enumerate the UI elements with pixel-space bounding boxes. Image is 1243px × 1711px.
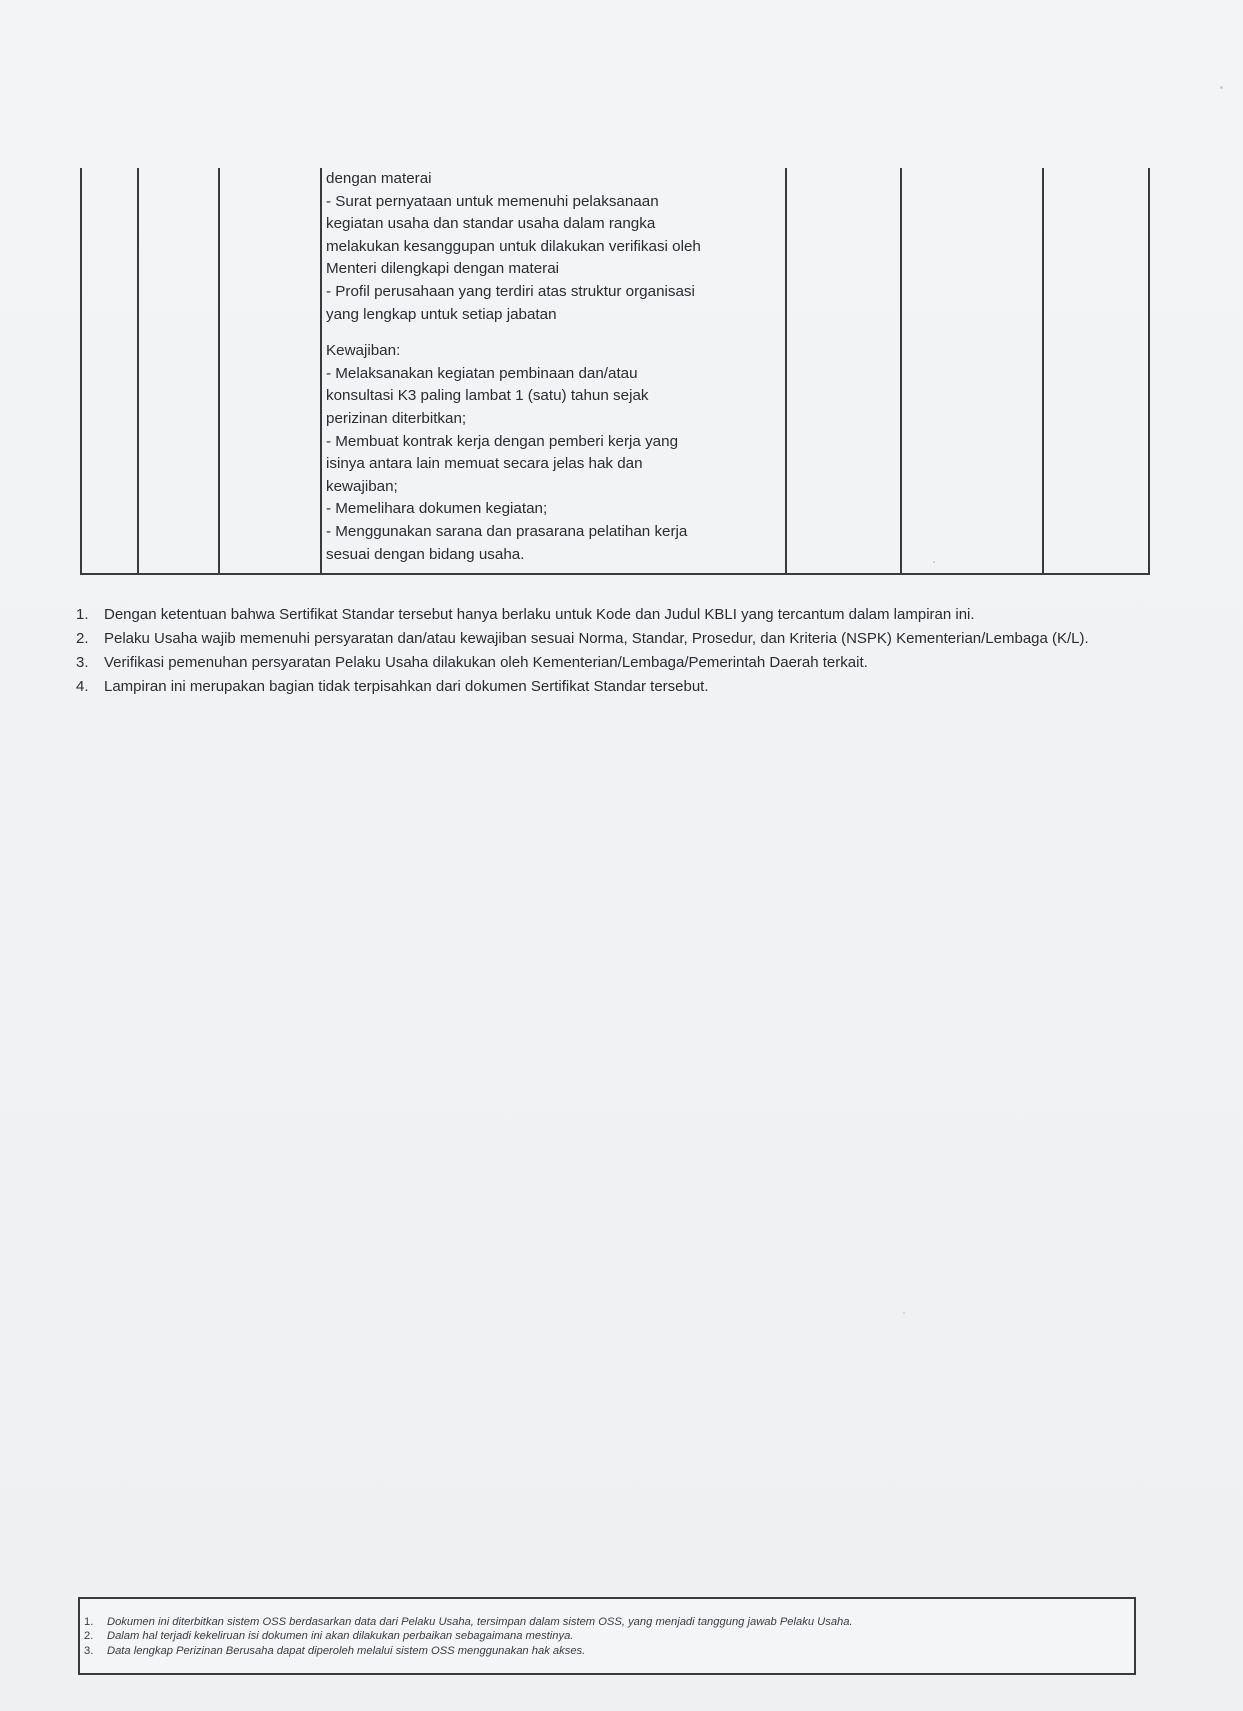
requirements-table: dengan materai - Surat pernyataan untuk … — [80, 168, 1150, 575]
table-border-right — [1148, 168, 1150, 575]
notes-list: 1. Dengan ketentuan bahwa Sertifikat Sta… — [76, 604, 1148, 700]
obligation-line: - Memelihara dokumen kegiatan; — [326, 498, 788, 521]
note-text: Pelaku Usaha wajib memenuhi persyaratan … — [104, 628, 1148, 650]
description-line: Menteri dilengkapi dengan materai — [326, 258, 788, 281]
obligation-line: - Membuat kontrak kerja dengan pemberi k… — [326, 431, 788, 454]
footer-item-number: 3. — [84, 1644, 93, 1658]
note-text: Verifikasi pemenuhan persyaratan Pelaku … — [104, 652, 1148, 674]
note-text: Lampiran ini merupakan bagian tidak terp… — [104, 676, 1148, 698]
obligation-line: perizinan diterbitkan; — [326, 408, 788, 431]
note-text: Dengan ketentuan bahwa Sertifikat Standa… — [104, 604, 1148, 626]
footer-item-text: Dalam hal terjadi kekeliruan isi dokumen… — [107, 1630, 573, 1642]
obligation-line: sesuai dengan bidang usaha. — [326, 544, 788, 567]
footer-item-text: Dokumen ini diterbitkan sistem OSS berda… — [107, 1616, 853, 1628]
description-line: kegiatan usaha dan standar usaha dalam r… — [326, 213, 788, 236]
note-item: 4. Lampiran ini merupakan bagian tidak t… — [76, 676, 1148, 698]
document-page: dengan materai - Surat pernyataan untuk … — [0, 0, 1243, 1711]
footer-item: 1. Dokumen ini diterbitkan sistem OSS be… — [84, 1615, 853, 1629]
note-number: 1. — [76, 604, 89, 626]
description-line: yang lengkap untuk setiap jabatan — [326, 304, 788, 327]
description-line: - Surat pernyataan untuk memenuhi pelaks… — [326, 191, 788, 214]
footer-disclaimer-box: 1. Dokumen ini diterbitkan sistem OSS be… — [78, 1597, 1136, 1675]
obligation-line: - Menggunakan sarana dan prasarana pelat… — [326, 521, 788, 544]
requirements-description-cell: dengan materai - Surat pernyataan untuk … — [322, 168, 788, 566]
table-column-divider — [900, 168, 902, 575]
table-column-divider — [218, 168, 220, 575]
footer-item-number: 1. — [84, 1615, 93, 1629]
scan-artifact — [933, 561, 935, 563]
table-border-left — [80, 168, 82, 575]
footer-item-text: Data lengkap Perizinan Berusaha dapat di… — [107, 1645, 585, 1657]
obligation-line: kewajiban; — [326, 476, 788, 499]
footer-item-number: 2. — [84, 1629, 93, 1643]
description-line: melakukan kesanggupan untuk dilakukan ve… — [326, 236, 788, 259]
note-item: 1. Dengan ketentuan bahwa Sertifikat Sta… — [76, 604, 1148, 626]
description-line: dengan materai — [326, 168, 788, 191]
scan-artifact — [903, 1312, 905, 1314]
obligation-line: - Melaksanakan kegiatan pembinaan dan/at… — [326, 363, 788, 386]
note-item: 3. Verifikasi pemenuhan persyaratan Pela… — [76, 652, 1148, 674]
footer-item: 2. Dalam hal terjadi kekeliruan isi doku… — [84, 1629, 853, 1643]
footer-item: 3. Data lengkap Perizinan Berusaha dapat… — [84, 1644, 853, 1658]
paragraph-gap — [326, 326, 788, 340]
note-number: 2. — [76, 628, 89, 650]
note-number: 3. — [76, 652, 89, 674]
note-number: 4. — [76, 676, 89, 698]
obligation-line: konsultasi K3 paling lambat 1 (satu) tah… — [326, 385, 788, 408]
table-column-divider — [1042, 168, 1044, 575]
note-item: 2. Pelaku Usaha wajib memenuhi persyarat… — [76, 628, 1148, 650]
description-line: - Profil perusahaan yang terdiri atas st… — [326, 281, 788, 304]
scan-artifact — [1220, 86, 1223, 89]
obligations-heading: Kewajiban: — [326, 340, 788, 363]
table-column-divider — [137, 168, 139, 575]
obligation-line: isinya antara lain memuat secara jelas h… — [326, 453, 788, 476]
footer-disclaimer-list: 1. Dokumen ini diterbitkan sistem OSS be… — [84, 1615, 853, 1658]
